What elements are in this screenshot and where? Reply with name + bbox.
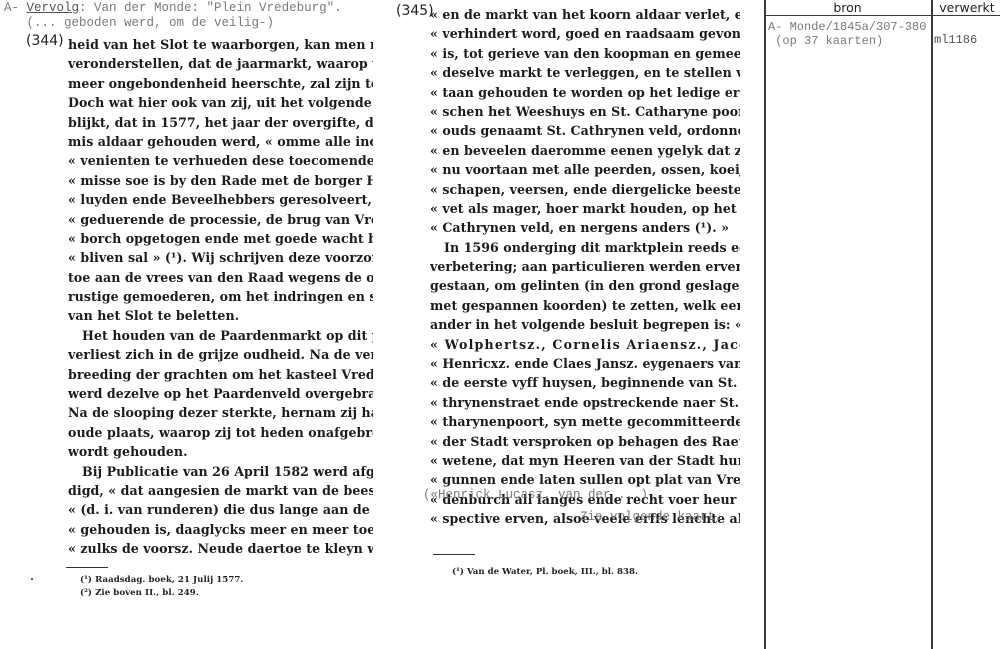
text-line: toe aan de vrees van den Raad wegens de …	[68, 268, 373, 287]
page-number-right: (345)	[396, 3, 434, 19]
text-line: verliest zich in de grijze oudheid. Na d…	[68, 345, 373, 364]
text-line: « zulks de voorsz. Neude daertoe te kley…	[68, 539, 373, 558]
text-line: « schen het Weeshuys en St. Catharyne po…	[430, 102, 740, 121]
index-table: bron verwerkt A- Monde/1845a/307-380 (op…	[764, 0, 1000, 649]
text-line: « nu voortaan met alle peerden, ossen, k…	[430, 160, 740, 179]
text-line: « geduerende de processie, de brug van V…	[68, 210, 373, 229]
text-line: breeding der grachten om het kasteel Vre…	[68, 365, 373, 384]
left-text-column: heid van het Slot te waarborgen, kan men…	[68, 35, 373, 600]
header-label: Vervolg	[27, 1, 80, 15]
text-line: mis aldaar gehouden werd, « omme alle in…	[68, 132, 373, 151]
text-line: « borch opgetogen ende met goede wacht b…	[68, 229, 373, 248]
text-line: « vet als mager, hoer markt houden, op h…	[430, 199, 740, 218]
text-line: Bij Publicatie van 26 April 1582 werd af…	[68, 462, 373, 481]
text-line: « verhindert word, goed en raadsaam gevo…	[430, 24, 740, 43]
text-line: Doch wat hier ook van zij, uit het volge…	[68, 93, 373, 112]
footnote: (²) Zie boven II., bl. 249.	[68, 587, 373, 600]
text-line: heid van het Slot te waarborgen, kan men…	[68, 35, 373, 54]
text-line: « Henricxz. ende Claes Jansz. eygenaers …	[430, 354, 740, 373]
text-line: « gehouden is, daaglycks meer en meer to…	[68, 520, 373, 539]
text-line: Na de slooping dezer sterkte, hernam zij…	[68, 403, 373, 422]
text-line: « venienten te verhueden dese toecomende…	[68, 151, 373, 170]
header-title: : Van der Monde: "Plein Vredeburg".	[79, 1, 342, 15]
text-line: wordt gehouden.	[68, 442, 373, 461]
text-line: In 1596 onderging dit marktplein reeds e…	[430, 238, 740, 257]
page-number-left: (344)	[26, 33, 64, 49]
header-prefix: A-	[4, 1, 27, 15]
text-line: blijkt, dat in 1577, het jaar der overgi…	[68, 113, 373, 132]
text-line: veronderstellen, dat de jaarmarkt, waaro…	[68, 54, 373, 73]
text-line: digd, « dat aangesien de markt van de be…	[68, 481, 373, 500]
text-line: met gespannen koorden) te zetten, welk e…	[430, 296, 740, 315]
text-line: Het houden van de Paardenmarkt op dit pl…	[68, 326, 373, 345]
text-line: « ouds genaamt St. Cathrynen veld, ordon…	[430, 121, 740, 140]
table-header-rule	[764, 15, 1000, 16]
text-line: « misse soe is by den Rade met de borger…	[68, 171, 373, 190]
typed-continuation: («Henrick Lucasz. van der ...)	[423, 486, 648, 504]
typed-see-next-card: Zie volgende kaart.	[580, 510, 723, 524]
text-line: rustige gemoederen, om het indringen en …	[68, 287, 373, 306]
column-header-source: bron	[764, 0, 931, 15]
footnote: (¹) Raadsdag. boek, 21 Julij 1577.	[68, 574, 373, 587]
text-line: « schapen, veersen, ende diergelicke bee…	[430, 180, 740, 199]
text-line: oude plaats, waarop zij tot heden onafge…	[68, 423, 373, 442]
text-line: « luyden ende Beveelhebbers geresolveert…	[68, 190, 373, 209]
text-line: « (d. i. van runderen) die dus lange aan…	[68, 500, 373, 519]
text-line: « taan gehouden te worden op het ledige …	[430, 83, 740, 102]
footnote-rule	[433, 554, 475, 555]
header-continuation: (... geboden werd, om de veilig-)	[27, 16, 275, 30]
table-divider	[931, 0, 933, 649]
right-text-column: « en de markt van het koorn aldaar verle…	[430, 5, 740, 529]
text-line: « Wolphertsz., Cornelis Ariaensz., Jacob	[430, 335, 740, 354]
stray-mark	[31, 578, 33, 580]
text-line: ander in het volgende besluit begrepen i…	[430, 315, 740, 334]
text-line: « der Stadt versproken op behagen des Ra…	[430, 432, 740, 451]
processed-cell: ml1186	[934, 33, 977, 47]
text-line: « en beveelen daeromme eenen ygelyk dat …	[430, 141, 740, 160]
table-border-left	[764, 0, 766, 649]
text-line: gestaan, om gelinten (in den grond gesla…	[430, 276, 740, 295]
footnote-rule	[66, 567, 108, 568]
text-line: verbetering; aan particulieren werden er…	[430, 257, 740, 276]
text-line: werd dezelve op het Paardenveld overgebr…	[68, 384, 373, 403]
text-line: « bliven sal » (¹). Wij schrijven deze v…	[68, 248, 373, 267]
text-line: « Cathrynen veld, en nergens anders (¹).…	[430, 218, 740, 237]
text-line: « en de markt van het koorn aldaar verle…	[430, 5, 740, 24]
footnote: (¹) Van de Water, Pl. boek, III., bl. 83…	[440, 566, 638, 579]
text-line: « deselve markt te verleggen, en te stel…	[430, 63, 740, 82]
text-line: « wetene, dat myn Heeren van der Stadt h…	[430, 451, 740, 470]
text-line: « de eerste vyff huysen, beginnende van …	[430, 373, 740, 392]
header-note: A- Vervolg: Van der Monde: "Plein Vredeb…	[4, 1, 342, 31]
column-header-processed: verwerkt	[934, 0, 1000, 15]
text-line: « is, tot gerieve van den koopman en gem…	[430, 44, 740, 63]
text-line: « tharynenpoort, syn mette gecommitteerd…	[430, 412, 740, 431]
text-line: meer ongebondenheid heerschte, zal zijn …	[68, 74, 373, 93]
text-line: « thrynenstraet ende opstreckende naer S…	[430, 393, 740, 412]
source-cell: A- Monde/1845a/307-380 (op 37 kaarten)	[768, 20, 926, 48]
text-line: van het Slot te beletten.	[68, 306, 373, 325]
